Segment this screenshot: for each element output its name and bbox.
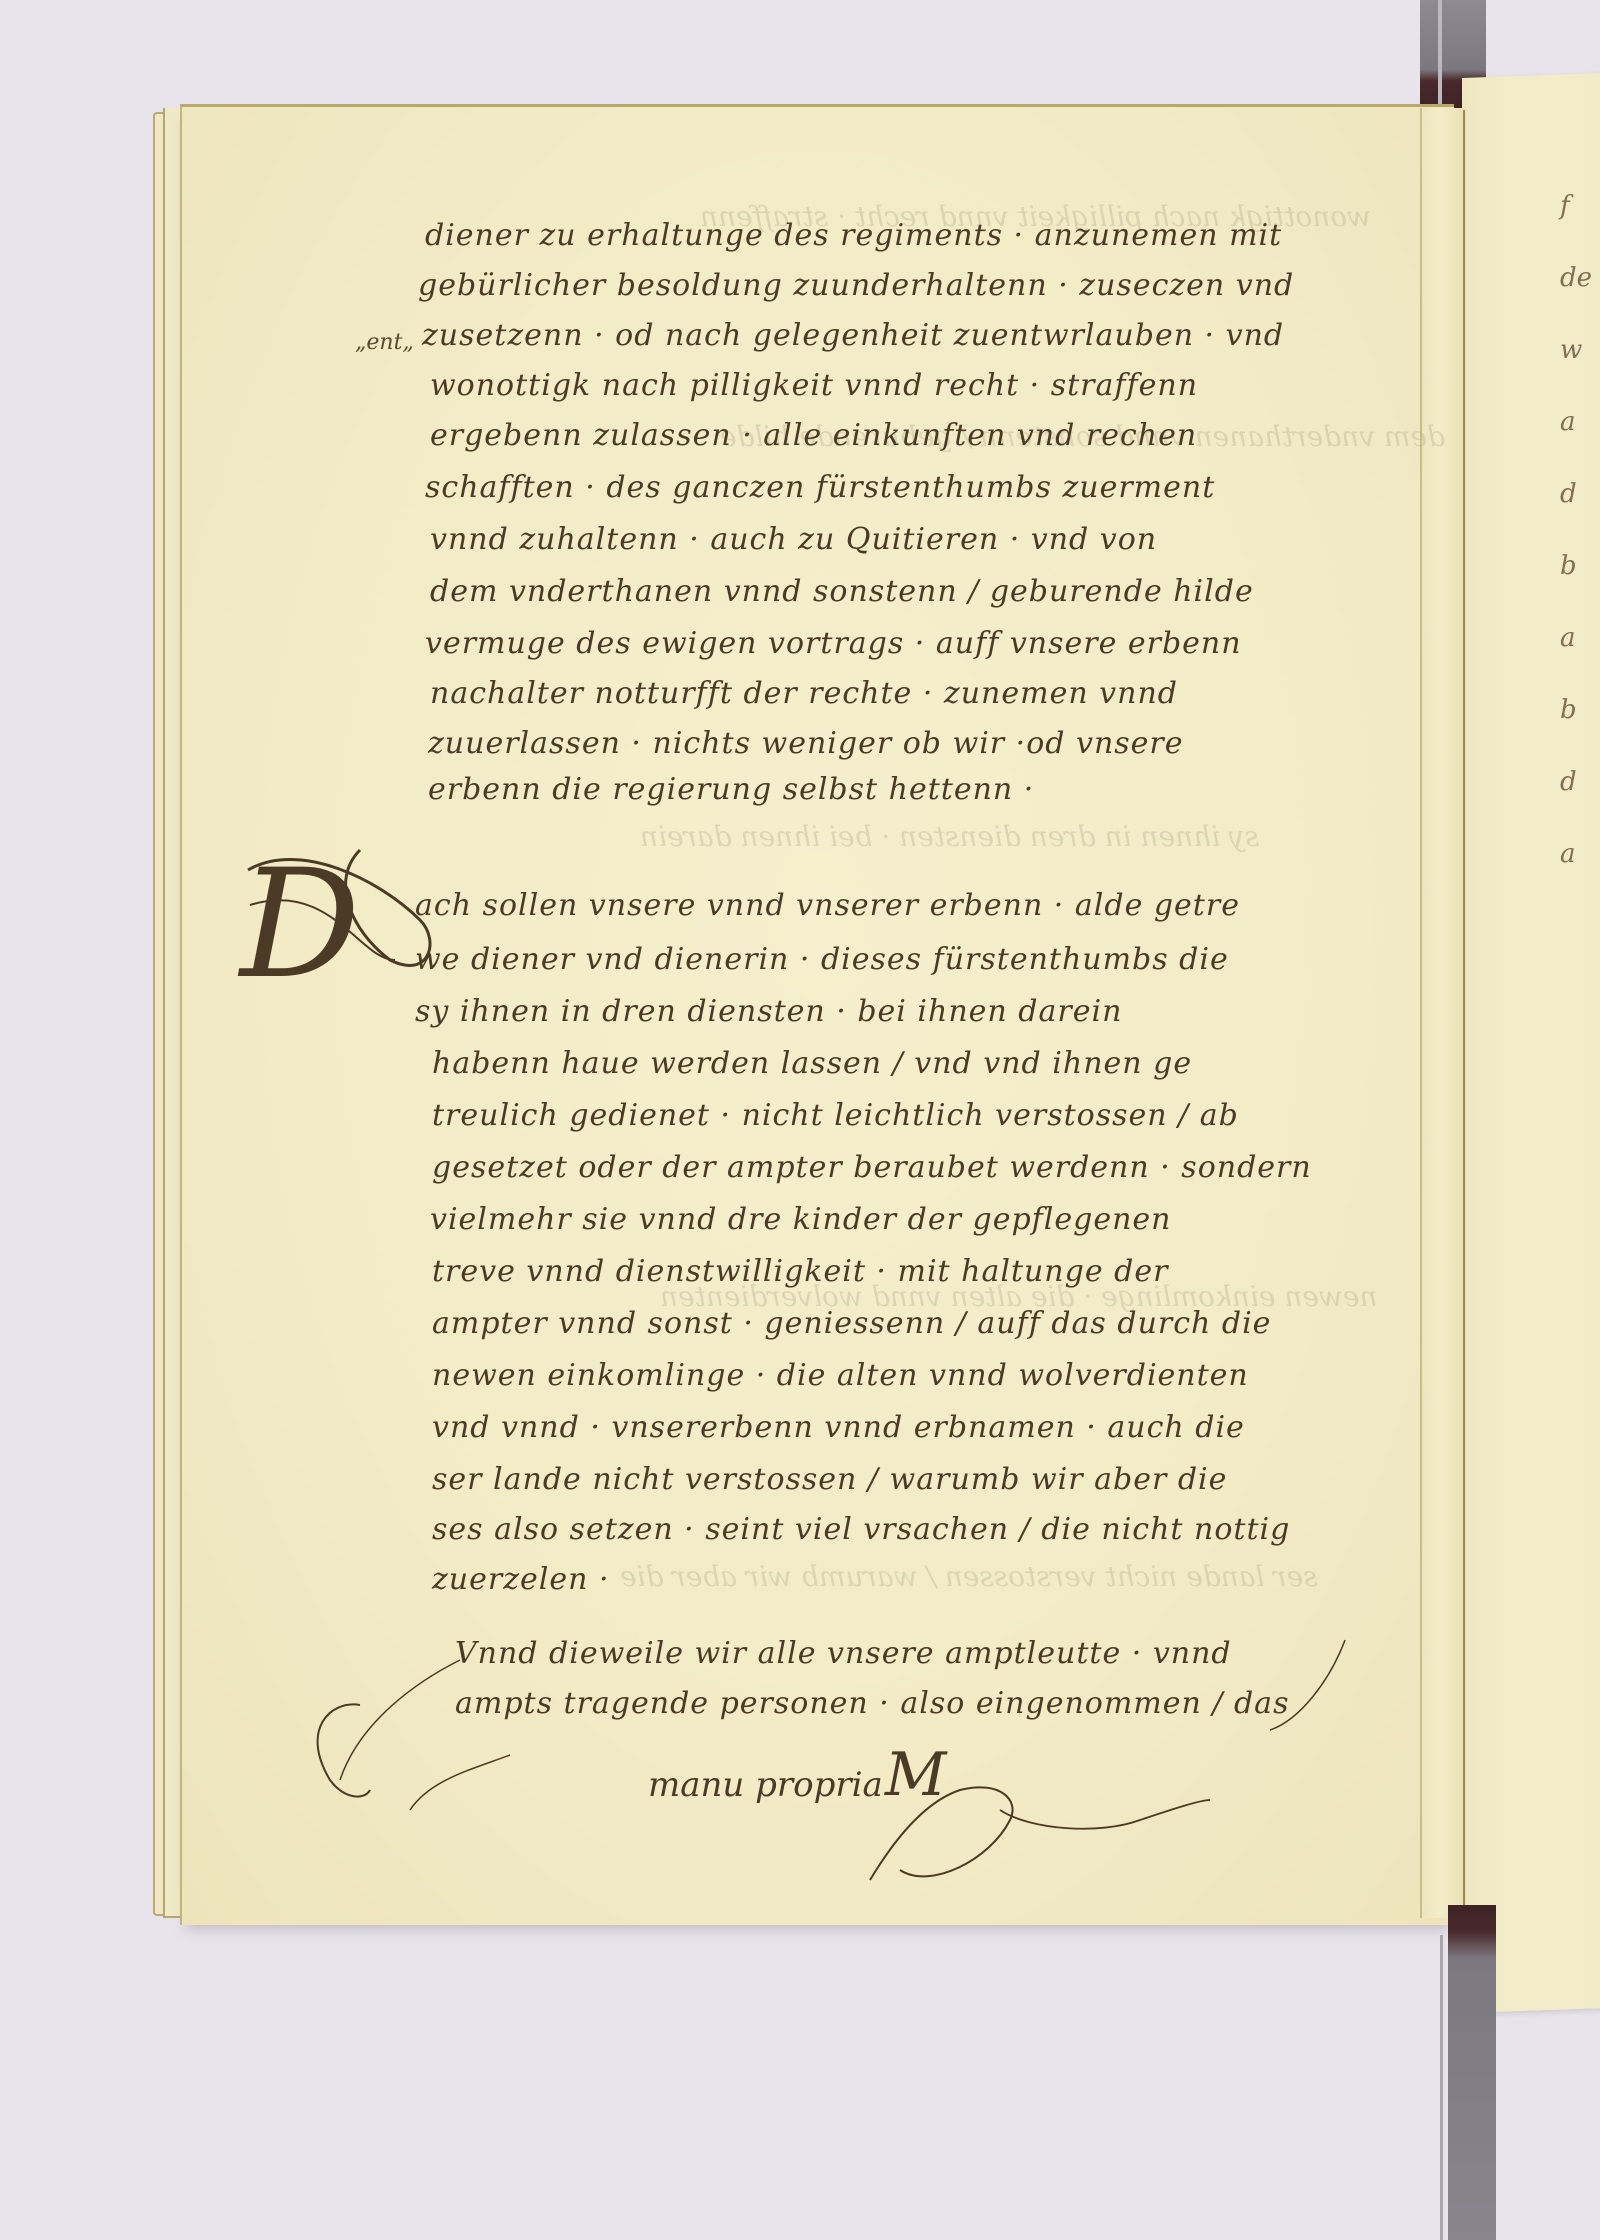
text-line: ses also setzen · seint viel vrsachen / … (432, 1512, 1290, 1547)
text-line: ser lande nicht verstossen / warumb wir … (432, 1462, 1227, 1497)
text-line: ach sollen vnsere vnnd vnserer erbenn · … (415, 888, 1240, 923)
text-line: ampts tragende personen · also eingenomm… (455, 1686, 1289, 1721)
text-line: we diener vnd dienerin · dieses fürstent… (415, 942, 1229, 977)
text-line: ampter vnnd sonst · geniessenn / auff da… (432, 1306, 1271, 1341)
text-line: vnd vnnd · vnsererbenn vnnd erbnamen · a… (432, 1410, 1245, 1445)
signature-monogram: M (885, 1740, 946, 1810)
text-line: sy ihnen in dren diensten · bei ihnen da… (415, 994, 1122, 1029)
text-line: habenn haue werden lassen / vnd vnd ihne… (432, 1046, 1192, 1081)
text-line: Vnnd dieweile wir alle vnsere amptleutte… (455, 1636, 1232, 1671)
text-line: treve vnnd dienstwilligkeit · mit haltun… (432, 1254, 1168, 1289)
text-line: gesetzet oder der ampter beraubet werden… (432, 1150, 1312, 1185)
text-line: treulich gedienet · nicht leichtlich ver… (432, 1098, 1239, 1133)
signature-manu-propria: manu propria (648, 1765, 883, 1805)
text-line: vielmehr sie vnnd dre kinder der gepfleg… (430, 1202, 1171, 1237)
text-line: zuerzelen · (432, 1562, 610, 1597)
text-line: newen einkomlinge · die alten vnnd wolve… (432, 1358, 1249, 1393)
manuscript-text: „ent„ diener zu erhaltunge des regiments… (0, 0, 1600, 2240)
